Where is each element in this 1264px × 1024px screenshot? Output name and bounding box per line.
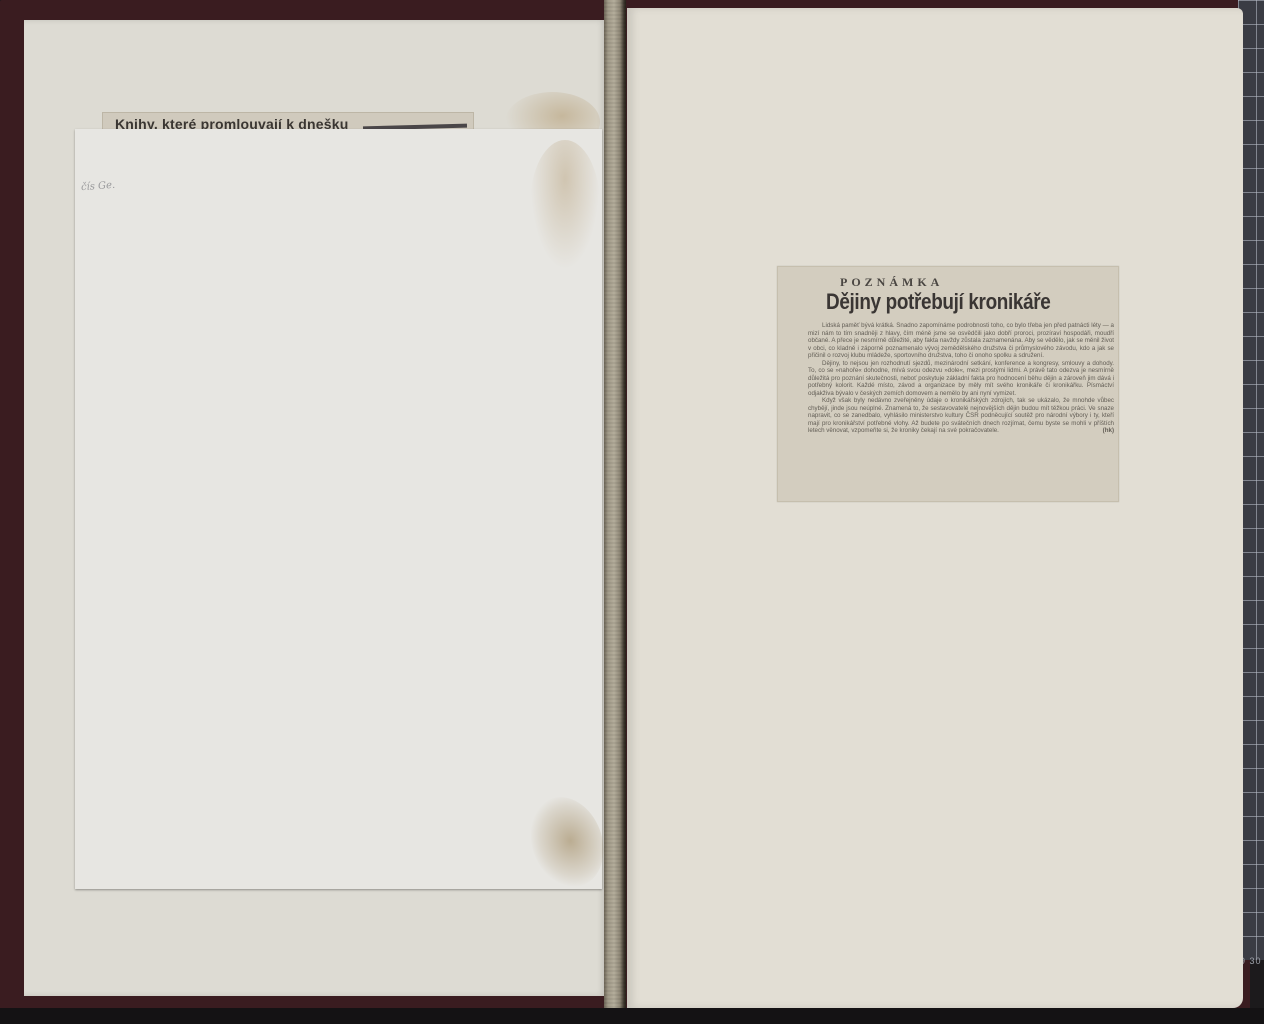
blank-insert-sheet: čís Ge. — [75, 129, 602, 889]
scanned-book-spread: 9 30 Knihy, které promlouvají k dnešku č… — [0, 0, 1264, 1024]
clipping-signature: (hk) — [1089, 427, 1114, 435]
clipping-kicker: POZNÁMKA — [840, 275, 943, 290]
clipping-headline: Dějiny potřebují kronikáře — [826, 289, 1050, 315]
clipping-paragraph: Když však byly nedávno zveřejněny údaje … — [808, 397, 1114, 435]
clipping-body: Lidská paměť bývá krátká. Snadno zapomín… — [808, 322, 1114, 435]
clipping-paragraph: Dějiny, to nejsou jen rozhodnutí sjezdů,… — [808, 360, 1114, 398]
scan-bottom-edge — [0, 1008, 1264, 1024]
newspaper-clipping: POZNÁMKA Dějiny potřebují kronikáře Lids… — [777, 266, 1119, 502]
right-page — [627, 8, 1243, 1008]
book-binding-gutter — [604, 0, 626, 1012]
clipping-paragraph: Lidská paměť bývá krátká. Snadno zapomín… — [808, 322, 1114, 360]
ruler-label: 9 30 — [1240, 956, 1262, 966]
clipping-paragraph-text: Když však byly nedávno zveřejněny údaje … — [808, 397, 1114, 434]
pencil-note: čís Ge. — [81, 180, 116, 193]
